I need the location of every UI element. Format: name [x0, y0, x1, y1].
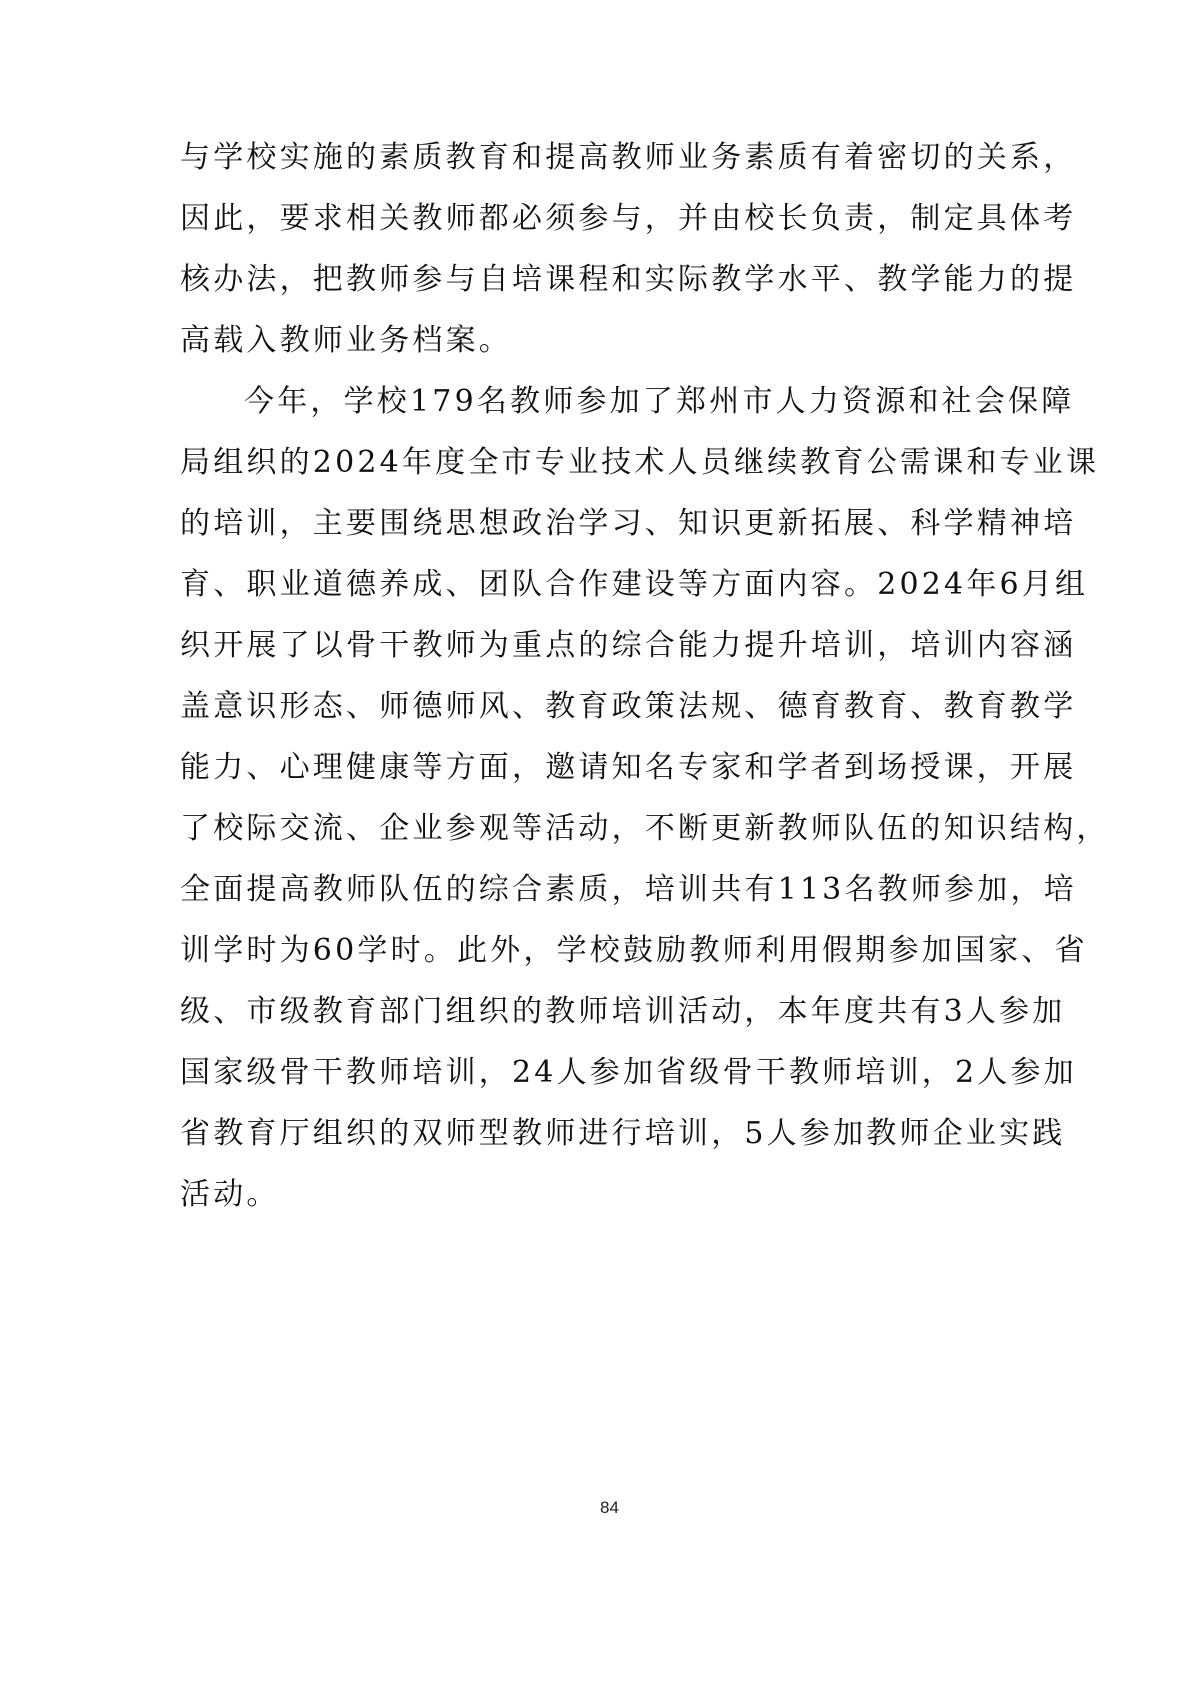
text-line: 织开展了以骨干教师为重点的综合能力提升培训，培训内容涵 [180, 615, 1060, 676]
document-page: 与学校实施的素质教育和提高教师业务素质有着密切的关系， 因此，要求相关教师都必须… [0, 0, 1191, 1684]
text-line: 局组织的2024年度全市专业技术人员继续教育公需课和专业课 [180, 432, 1060, 493]
text-line: 了校际交流、企业参观等活动，不断更新教师队伍的知识结构， [180, 798, 1060, 859]
text-line: 因此，要求相关教师都必须参与，并由校长负责，制定具体考 [180, 188, 1060, 249]
text-line: 级、市级教育部门组织的教师培训活动，本年度共有3人参加 [180, 981, 1060, 1042]
text-line: 核办法，把教师参与自培课程和实际教学水平、教学能力的提 [180, 249, 1060, 310]
text-line: 的培训，主要围绕思想政治学习、知识更新拓展、科学精神培 [180, 493, 1060, 554]
text-line: 训学时为60学时。此外，学校鼓励教师利用假期参加国家、省 [180, 920, 1060, 981]
text-line: 与学校实施的素质教育和提高教师业务素质有着密切的关系， [180, 127, 1060, 188]
text-line: 能力、心理健康等方面，邀请知名专家和学者到场授课，开展 [180, 737, 1060, 798]
text-line: 育、职业道德养成、团队合作建设等方面内容。2024年6月组 [180, 554, 1060, 615]
text-line: 高载入教师业务档案。 [180, 310, 1060, 371]
page-number: 84 [0, 1498, 1191, 1518]
body-text: 与学校实施的素质教育和提高教师业务素质有着密切的关系， 因此，要求相关教师都必须… [180, 127, 1060, 1225]
text-line: 省教育厅组织的双师型教师进行培训，5人参加教师企业实践 [180, 1103, 1060, 1164]
paragraph-2: 今年，学校179名教师参加了郑州市人力资源和社会保障 局组织的2024年度全市专… [180, 371, 1060, 1225]
paragraph-1: 与学校实施的素质教育和提高教师业务素质有着密切的关系， 因此，要求相关教师都必须… [180, 127, 1060, 371]
text-line: 今年，学校179名教师参加了郑州市人力资源和社会保障 [180, 371, 1060, 432]
text-line: 国家级骨干教师培训，24人参加省级骨干教师培训，2人参加 [180, 1042, 1060, 1103]
text-line: 盖意识形态、师德师风、教育政策法规、德育教育、教育教学 [180, 676, 1060, 737]
text-line: 全面提高教师队伍的综合素质，培训共有113名教师参加，培 [180, 859, 1060, 920]
text-line: 活动。 [180, 1164, 1060, 1225]
